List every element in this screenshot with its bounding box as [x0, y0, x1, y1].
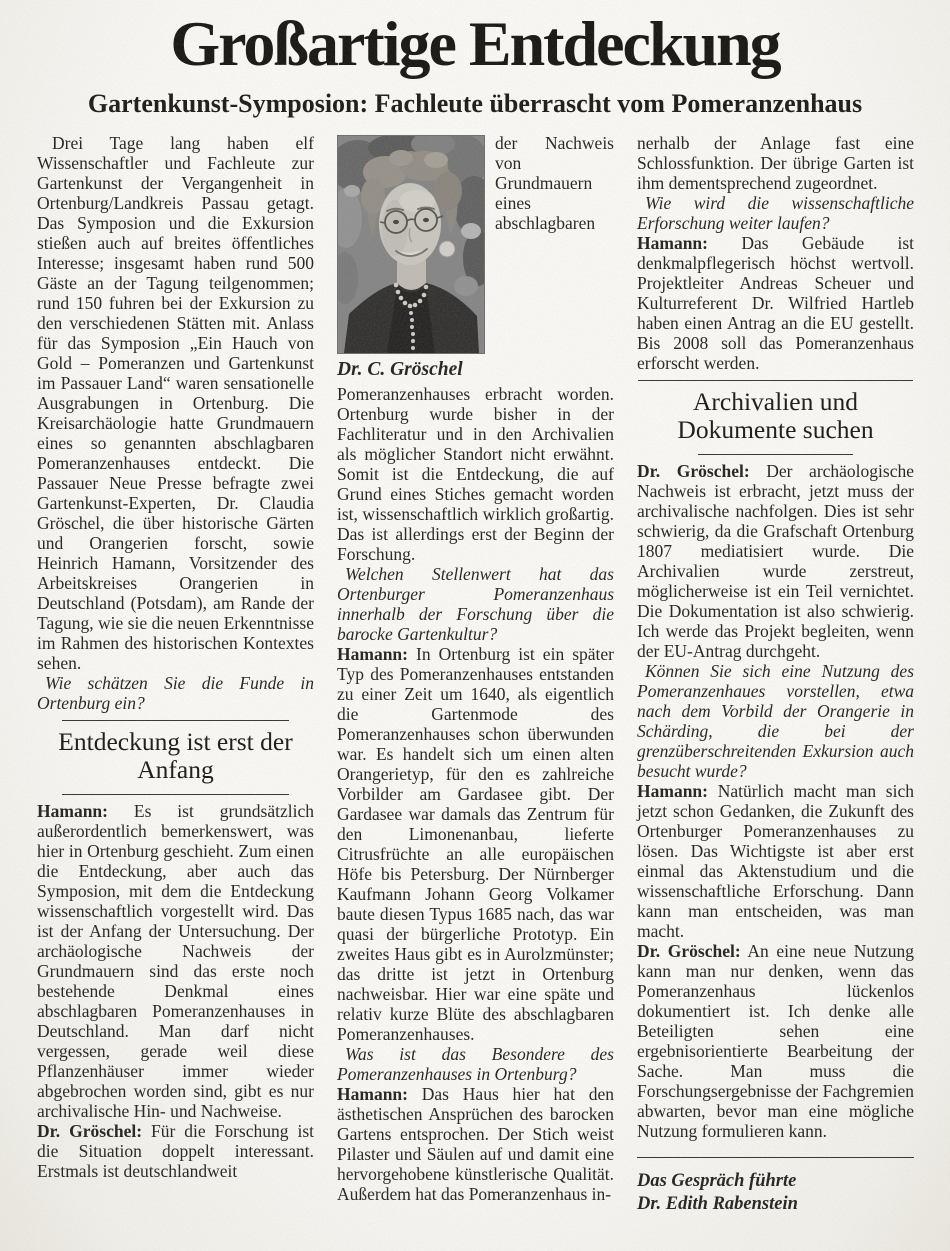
speaker-name: Dr. Gröschel: — [637, 461, 750, 481]
interview-question: Wie wird die wissenschaftliche Erforschu… — [637, 193, 914, 233]
article-body: Drei Tage lang haben elf Wissenschaftler… — [0, 118, 950, 1216]
article-title: Großartige Entdeckung — [0, 0, 950, 78]
answer-text: An eine neue Nutzung kann man nur denken… — [637, 941, 914, 1141]
speaker-name: Hamann: — [637, 781, 708, 801]
column-3: nerhalb der Anlage fast eine Schlossfunk… — [637, 133, 914, 1216]
paragraph: Hamann: In Ortenburg ist ein später Typ … — [337, 644, 614, 1044]
answer-text: Natürlich macht man sich jetzt schon Ged… — [637, 781, 914, 941]
paragraph: Dr. Gröschel: Für die Forschung ist die … — [37, 1121, 314, 1181]
interview-question: Was ist das Besondere des Pomeranzenhaus… — [337, 1044, 614, 1084]
photo-caption: Dr. C. Gröschel — [337, 354, 485, 381]
section-rule — [62, 794, 289, 795]
speaker-name: Dr. Gröschel: — [637, 941, 741, 961]
speaker-name: Hamann: — [337, 1084, 408, 1104]
paragraph: Hamann: Es ist grundsätzlich außerordent… — [37, 801, 314, 1121]
paragraph: Dr. Gröschel: Der archäologische Nachwei… — [637, 461, 914, 661]
speaker-name: Dr. Gröschel: — [37, 1121, 142, 1141]
answer-text: Es ist grundsätzlich außerordentlich bem… — [37, 801, 314, 1121]
answer-text: In Ortenburg ist ein später Typ des Pome… — [337, 644, 614, 1044]
column-2: Dr. C. Gröschel der Nachweis von Grundma… — [337, 133, 614, 1204]
paragraph: Drei Tage lang haben elf Wissenschaftler… — [37, 133, 314, 673]
column-1: Drei Tage lang haben elf Wissenschaftler… — [37, 133, 314, 1181]
newspaper-scan-page: Großartige Entdeckung Gartenkunst-Sympos… — [0, 0, 950, 1251]
section-heading: Archivalien und Dokumente suchen — [637, 381, 914, 454]
speaker-name: Hamann: — [37, 801, 108, 821]
section-rule — [698, 454, 853, 455]
photo-block: Dr. C. Gröschel — [337, 135, 485, 381]
paragraph: Hamann: Das Haus hier hat den ästhetisch… — [337, 1084, 614, 1204]
paragraph: Dr. Gröschel: An eine neue Nutzung kann … — [637, 941, 914, 1141]
section-heading-block: Archivalien und Dokumente suchen — [637, 380, 914, 455]
paragraph: nerhalb der Anlage fast eine Schlossfunk… — [637, 133, 914, 193]
paragraph: Hamann: Das Gebäude ist denkmalpflegeris… — [637, 233, 914, 373]
interview-question: Wie schätzen Sie die Funde in Ortenburg … — [37, 673, 314, 713]
portrait-photo — [337, 135, 485, 354]
section-heading-block: Entdeckung ist erst der Anfang — [37, 720, 314, 795]
portrait-photo-graphic — [338, 136, 484, 353]
answer-text: Der archäologische Nachweis ist erbracht… — [637, 461, 914, 661]
article-subtitle: Gartenkunst-Symposion: Fachleute überras… — [0, 78, 950, 118]
interview-question: Welchen Stellenwert hat das Ortenburger … — [337, 564, 614, 644]
answer-text: Das Gebäude ist denkmalpflegerisch höchs… — [637, 233, 914, 373]
speaker-name: Hamann: — [637, 233, 708, 253]
speaker-name: Hamann: — [337, 644, 408, 664]
paragraph: Hamann: Natürlich macht man sich jetzt s… — [637, 781, 914, 941]
interview-question: Können Sie sich eine Nutzung des Pomeran… — [637, 661, 914, 781]
section-heading: Entdeckung ist erst der Anfang — [37, 721, 314, 794]
interviewer-credit: Das Gespräch führte Dr. Edith Rabenstein — [637, 1157, 914, 1216]
